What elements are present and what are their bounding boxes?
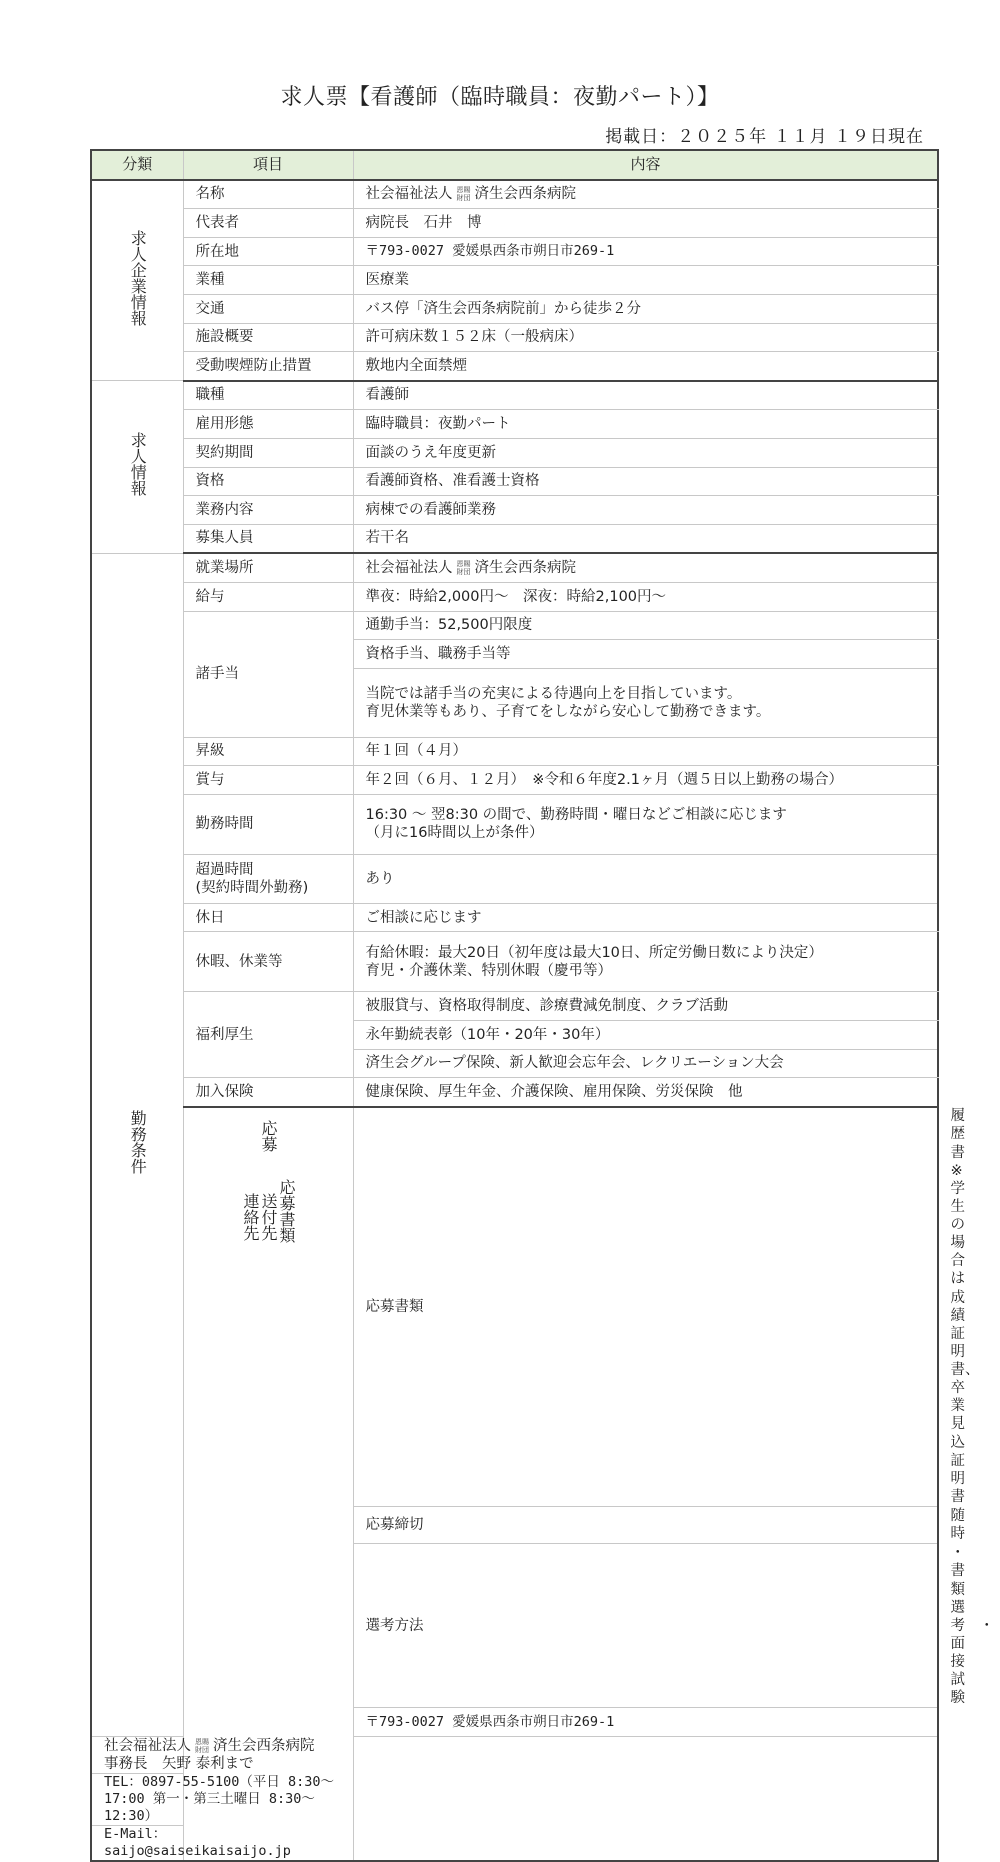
table-row: 休日ご相談に応じます [91, 903, 938, 932]
item-label: 所在地 [183, 237, 353, 266]
contact-address: 〒793-0027 愛媛県西条市朔日市269-1 [353, 1708, 938, 1737]
item-value: 有給休暇：最大20日（初年度は最大10日、所定労働日数により決定）育児・介護休業… [353, 932, 938, 992]
contact-email[interactable]: E-Mail：saijo@saiseikaisaijo.jp [91, 1825, 353, 1860]
item-value: 準夜：時給2,000円～ 深夜：時給2,100円～ [353, 582, 938, 611]
seal-icon: 恩賜財団 [457, 560, 471, 576]
header-category: 分類 [91, 150, 183, 180]
item-value: 健康保険、厚生年金、介護保険、雇用保険、労災保険 他 [353, 1078, 938, 1107]
table-row: 加入保険健康保険、厚生年金、介護保険、雇用保険、労災保険 他 [91, 1078, 938, 1107]
category-contact: 連絡先 送付先 応募書類 [196, 1193, 341, 1243]
item-label: 昇級 [183, 737, 353, 766]
item-label: 超過時間(契約時間外勤務) [183, 854, 353, 903]
item-value: 面談のうえ年度更新 [353, 438, 938, 467]
item-label: 諸手当 [183, 611, 353, 737]
table-row: 代表者病院長 石井 博 [91, 209, 938, 238]
item-label: 応募締切 [353, 1507, 938, 1544]
item-value: 16:30 ～ 翌8:30 の間で、勤務時間・曜日などご相談に応じます（月に16… [353, 794, 938, 854]
seal-icon: 恩賜財団 [195, 1738, 209, 1754]
item-value: 被服貸与、資格取得制度、診療費減免制度、クラブ活動 [353, 992, 938, 1021]
item-label: 就業場所 [183, 553, 353, 582]
item-value: 看護師 [353, 381, 938, 410]
item-label: 代表者 [183, 209, 353, 238]
item-value: 社会福祉法人恩賜財団済生会西条病院 [353, 553, 938, 582]
table-header-row: 分類 項目 内容 [91, 150, 938, 180]
table-row: 超過時間(契約時間外勤務)あり [91, 854, 938, 903]
item-label: 交通 [183, 294, 353, 323]
table-row: 施設概要許可病床数１５２床（一般病床） [91, 323, 938, 352]
table-row: 求人情報 職種 看護師 [91, 381, 938, 410]
table-row: E-Mail：saijo@saiseikaisaijo.jp [91, 1825, 938, 1860]
table-row: 雇用形態臨時職員：夜勤パート [91, 410, 938, 439]
item-value: 通勤手当：52,500円限度 [353, 611, 938, 640]
item-value: バス停「済生会西条病院前」から徒歩２分 [353, 294, 938, 323]
item-label: 資格 [183, 467, 353, 496]
item-label: 雇用形態 [183, 410, 353, 439]
table-row: 賞与年２回（６月、１２月） ※令和６年度2.1ヶ月（週５日以上勤務の場合） [91, 766, 938, 795]
item-value: 敷地内全面禁煙 [353, 352, 938, 381]
item-label: 募集人員 [183, 524, 353, 553]
table-row: 交通バス停「済生会西条病院前」から徒歩２分 [91, 294, 938, 323]
posting-date: 掲載日：２０２５年 １１月 １９日現在 [605, 122, 924, 147]
item-value: あり [353, 854, 938, 903]
item-value: 資格手当、職務手当等 [353, 640, 938, 669]
category-job: 求人情報 [91, 381, 183, 554]
table-row: TEL：0897-55-5100（平日 8:30～17:00 第一・第三土曜日 … [91, 1774, 938, 1826]
item-value: 当院では諸手当の充実による待遇向上を目指しています。育児休業等もあり、子育てをし… [353, 668, 938, 737]
item-value: 済生会グループ保険、新人歓迎会忘年会、レクリエーション大会 [353, 1049, 938, 1078]
table-row: 受動喫煙防止措置敷地内全面禁煙 [91, 352, 938, 381]
item-label: 契約期間 [183, 438, 353, 467]
item-value: 〒793-0027 愛媛県西条市朔日市269-1 [353, 237, 938, 266]
category-conditions: 勤務条件 [91, 553, 183, 1736]
item-label: 職種 [183, 381, 353, 410]
item-label: 選考方法 [353, 1544, 938, 1708]
item-label: 休暇、休業等 [183, 932, 353, 992]
item-value: ご相談に応じます [353, 903, 938, 932]
item-label: 賞与 [183, 766, 353, 795]
item-label: 休日 [183, 903, 353, 932]
table-row: 資格看護師資格、准看護士資格 [91, 467, 938, 496]
item-label: 福利厚生 [183, 992, 353, 1078]
item-label: 受動喫煙防止措置 [183, 352, 353, 381]
item-value: 許可病床数１５２床（一般病床） [353, 323, 938, 352]
seal-icon: 恩賜財団 [457, 186, 471, 202]
table-row: 給与準夜：時給2,000円～ 深夜：時給2,100円～ [91, 582, 938, 611]
item-value: 年１回（４月） [353, 737, 938, 766]
table-row: 諸手当 通勤手当：52,500円限度 [91, 611, 938, 640]
item-label: 応募書類 [353, 1107, 938, 1507]
table-row: 業種医療業 [91, 266, 938, 295]
table-row: 勤務時間16:30 ～ 翌8:30 の間で、勤務時間・曜日などご相談に応じます（… [91, 794, 938, 854]
table-row: 社会福祉法人恩賜財団済生会西条病院 事務長 矢野 泰利まで [91, 1737, 938, 1774]
item-value: 病棟での看護師業務 [353, 496, 938, 525]
item-label: 業種 [183, 266, 353, 295]
item-label: 勤務時間 [183, 794, 353, 854]
job-posting-table: 分類 項目 内容 求人企業情報 名称 社会福祉法人恩賜財団済生会西条病院 代表者… [90, 149, 939, 1862]
table-row: 応募 連絡先 送付先 応募書類 応募書類 履歴書 ※学生の場合は成績証明書、卒業… [91, 1107, 938, 1507]
item-value: 病院長 石井 博 [353, 209, 938, 238]
item-value: 年２回（６月、１２月） ※令和６年度2.1ヶ月（週５日以上勤務の場合） [353, 766, 938, 795]
item-label: 施設概要 [183, 323, 353, 352]
item-value: 看護師資格、准看護士資格 [353, 467, 938, 496]
item-label: 加入保険 [183, 1078, 353, 1107]
item-value: 若干名 [353, 524, 938, 553]
page-title: 求人票【看護師（臨時職員：夜勤パート）】 [0, 80, 1000, 111]
table-row: 福利厚生 被服貸与、資格取得制度、診療費減免制度、クラブ活動 [91, 992, 938, 1021]
table-row: 昇級年１回（４月） [91, 737, 938, 766]
item-label: 給与 [183, 582, 353, 611]
table-row: 業務内容病棟での看護師業務 [91, 496, 938, 525]
item-value: 社会福祉法人恩賜財団済生会西条病院 [353, 180, 938, 209]
table-row: 勤務条件 就業場所 社会福祉法人恩賜財団済生会西条病院 [91, 553, 938, 582]
contact-tel: TEL：0897-55-5100（平日 8:30～17:00 第一・第三土曜日 … [91, 1774, 353, 1826]
table-row: 求人企業情報 名称 社会福祉法人恩賜財団済生会西条病院 [91, 180, 938, 209]
table-row: 所在地〒793-0027 愛媛県西条市朔日市269-1 [91, 237, 938, 266]
header-content: 内容 [353, 150, 938, 180]
item-value: 医療業 [353, 266, 938, 295]
item-value: 臨時職員：夜勤パート [353, 410, 938, 439]
item-label: 業務内容 [183, 496, 353, 525]
item-value: 永年勤続表彰（10年・20年・30年） [353, 1021, 938, 1050]
header-item: 項目 [183, 150, 353, 180]
item-label: 名称 [183, 180, 353, 209]
table-row: 契約期間面談のうえ年度更新 [91, 438, 938, 467]
table-row: 休暇、休業等有給休暇：最大20日（初年度は最大10日、所定労働日数により決定）育… [91, 932, 938, 992]
table-row: 募集人員若干名 [91, 524, 938, 553]
contact-org: 社会福祉法人恩賜財団済生会西条病院 事務長 矢野 泰利まで [91, 1737, 353, 1774]
category-company: 求人企業情報 [91, 180, 183, 381]
